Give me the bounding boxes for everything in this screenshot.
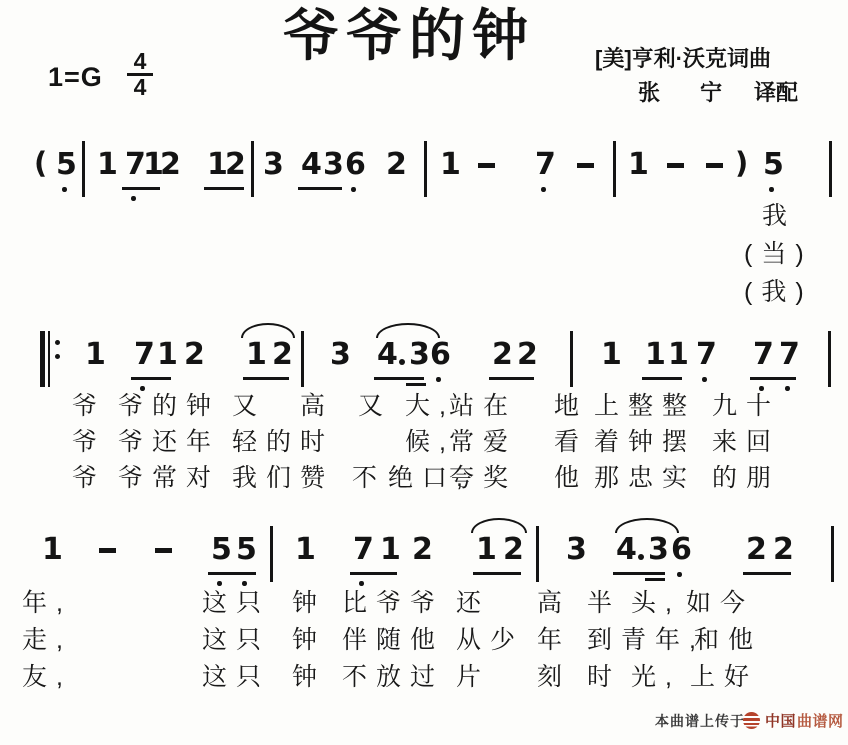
lyric-segment: 还 xyxy=(456,591,490,616)
lyrics-layer: 我(当)(我)爷爷的钟又高又大,站在地上整整九十爷爷还年轻的时候,常爱看着钟摆来… xyxy=(0,0,848,745)
lyric-segment: 从少 xyxy=(456,628,524,653)
lyric-segment: 站在 xyxy=(449,394,517,419)
lyric-segment: 他 xyxy=(554,466,588,491)
lyric-segment: 友, xyxy=(22,665,72,690)
sheet-music-page: 1=G 4 4 爷爷的钟 [美]亨利·沃克词曲 张宁译配 (5171212343… xyxy=(0,0,848,745)
lyric-segment: 和他 xyxy=(694,628,762,653)
lyric-segment: 候, xyxy=(405,430,455,455)
lyric-segment: 我 xyxy=(762,204,796,229)
lyric-segment: 上整整 xyxy=(594,394,696,419)
lyric-segment: 比爷爷 xyxy=(342,591,444,616)
lyric-segment: 又 xyxy=(232,394,266,419)
lyric-segment: 又 xyxy=(358,394,392,419)
lyric-segment: 九十 xyxy=(712,394,780,419)
lyric-segment: 头, xyxy=(631,591,681,616)
lyric-segment: 如今 xyxy=(686,591,754,616)
lyric-segment: 走, xyxy=(22,628,72,653)
site-name-cn: 中国 xyxy=(765,714,796,729)
lyric-segment: 地 xyxy=(554,394,588,419)
lyric-segment: 高 xyxy=(300,394,334,419)
lyric-segment: 爷的钟 xyxy=(118,394,220,419)
lyric-segment: (我) xyxy=(744,280,813,305)
upload-note-text: 本曲谱上传于 xyxy=(655,714,745,728)
lyric-segment: 到 xyxy=(587,628,621,653)
lyric-segment: 来回 xyxy=(712,430,780,455)
lyric-segment: 光, xyxy=(631,665,681,690)
lyric-segment: 高 xyxy=(537,591,571,616)
lyric-segment: 夸奖 xyxy=(449,466,517,491)
lyric-segment: 年 xyxy=(537,628,571,653)
lyric-segment: 这只 xyxy=(202,591,270,616)
lyric-segment: 常爱 xyxy=(449,430,517,455)
lyric-segment: 伴随他 xyxy=(342,628,444,653)
lyric-segment: 年, xyxy=(22,591,72,616)
lyric-segment: (当) xyxy=(744,242,813,267)
lyric-segment: 时 xyxy=(300,430,334,455)
lyric-segment: 的朋 xyxy=(712,466,780,491)
lyric-segment: 片 xyxy=(456,665,490,690)
lyric-segment: 着钟摆 xyxy=(594,430,696,455)
lyric-segment: 爷常对 xyxy=(118,466,220,491)
lyric-segment: 这只 xyxy=(202,628,270,653)
lyric-segment: 看 xyxy=(554,430,588,455)
site-logo-icon xyxy=(743,712,760,729)
lyric-segment: 钟 xyxy=(292,591,326,616)
lyric-segment: 刻 xyxy=(537,665,571,690)
lyric-segment: 那忠实 xyxy=(594,466,696,491)
lyric-segment: 我们 xyxy=(232,466,300,491)
lyric-segment: 时 xyxy=(587,665,621,690)
lyric-segment: 爷 xyxy=(72,430,106,455)
lyric-segment: 这只 xyxy=(202,665,270,690)
lyric-segment: 爷还年 xyxy=(118,430,220,455)
lyric-segment: 青年, xyxy=(621,628,705,653)
lyric-segment: 轻的 xyxy=(232,430,300,455)
lyric-segment: 半 xyxy=(587,591,621,616)
site-name-qupu: 曲谱网 xyxy=(797,714,844,729)
lyric-segment: 爷 xyxy=(72,466,106,491)
lyric-segment: 大, xyxy=(405,394,455,419)
lyric-segment: 不 xyxy=(352,466,386,491)
lyric-segment: 爷 xyxy=(72,394,106,419)
lyric-segment: 钟 xyxy=(292,665,326,690)
lyric-segment: 赞 xyxy=(300,466,334,491)
lyric-segment: 钟 xyxy=(292,628,326,653)
lyric-segment: 上好 xyxy=(690,665,758,690)
lyric-segment: 不放过 xyxy=(342,665,444,690)
